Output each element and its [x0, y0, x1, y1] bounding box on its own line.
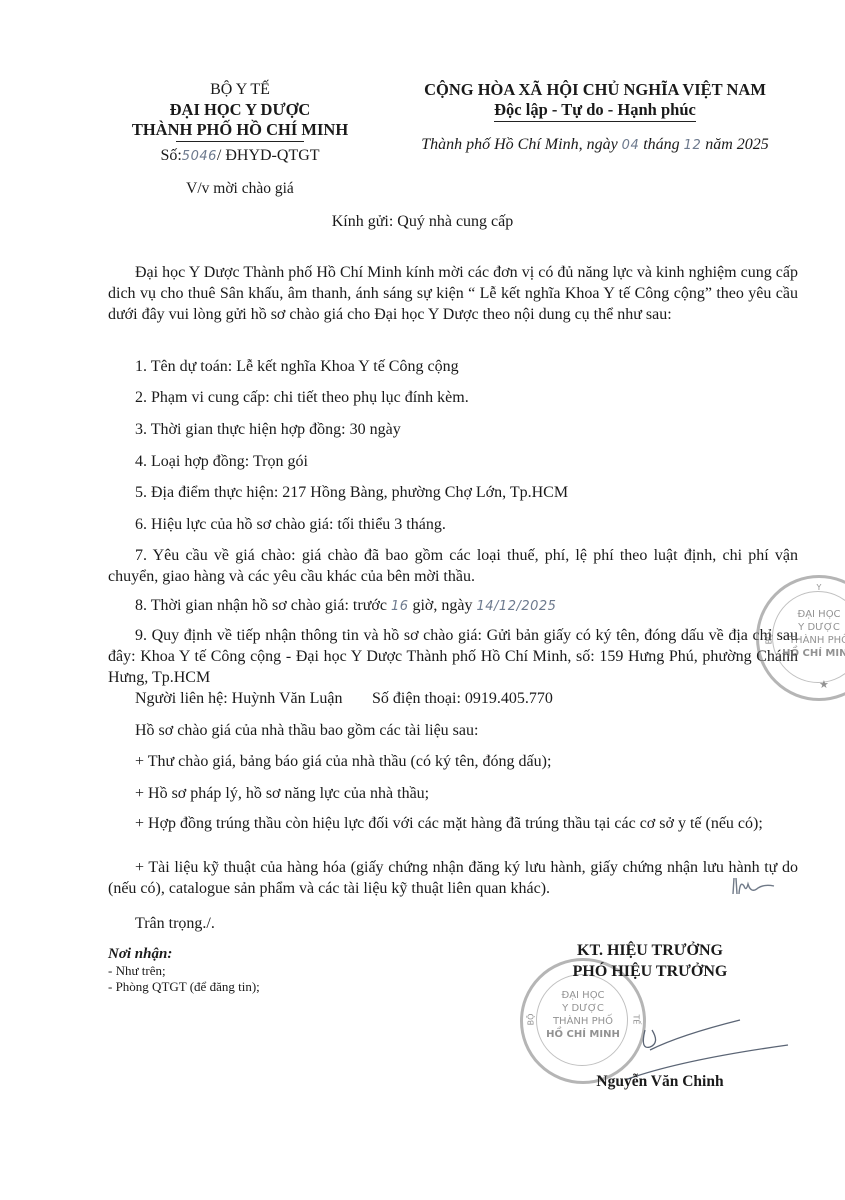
- item-7: 7. Yêu cầu về giá chào: giá chào đã bao …: [108, 545, 798, 587]
- handwritten-date: 14/12/2025: [477, 599, 557, 614]
- doc-item-3: + Hợp đồng trúng thầu còn hiệu lực đối v…: [108, 813, 798, 834]
- handwritten-number: 5046: [182, 149, 217, 164]
- item-2: 2. Phạm vi cung cấp: chi tiết theo phụ l…: [135, 389, 469, 407]
- item-3: 3. Thời gian thực hiện hợp đồng: 30 ngày: [135, 421, 401, 439]
- recipient-item: - Phòng QTGT (để đăng tin);: [108, 979, 260, 995]
- item-8: 8. Thời gian nhận hồ sơ chào giá: trước …: [135, 597, 556, 615]
- header-underline: [176, 141, 304, 142]
- docs-intro: Hồ sơ chào giá của nhà thầu bao gồm các …: [135, 722, 478, 740]
- country-name: CỘNG HÒA XÃ HỘI CHỦ NGHĨA VIỆT NAM: [400, 80, 790, 100]
- doc-item-1: + Thư chào giá, bảng báo giá của nhà thầ…: [135, 753, 551, 771]
- recipients-title: Nơi nhận:: [108, 945, 260, 963]
- doc-item-2: + Hồ sơ pháp lý, hồ sơ năng lực của nhà …: [135, 785, 429, 803]
- national-header: CỘNG HÒA XÃ HỘI CHỦ NGHĨA VIỆT NAM Độc l…: [400, 80, 790, 154]
- initials-mark: [730, 872, 775, 902]
- item-9: 9. Quy định về tiếp nhận thông tin và hồ…: [108, 625, 798, 688]
- star-icon: ★: [819, 678, 829, 691]
- contact-phone: Số điện thoại: 0919.405.770: [372, 690, 553, 708]
- org-name-line1: ĐẠI HỌC Y DƯỢC: [100, 100, 380, 120]
- national-motto: Độc lập - Tự do - Hạnh phúc: [494, 100, 696, 122]
- document-number: Số:5046/ ĐHYD-QTGT: [100, 146, 380, 167]
- item-4: 4. Loại hợp đồng: Trọn gói: [135, 453, 308, 471]
- signer-name: Nguyễn Văn Chinh: [560, 1073, 760, 1091]
- org-name-line2: THÀNH PHỐ HỒ CHÍ MINH: [100, 120, 380, 140]
- doc-item-4: + Tài liệu kỹ thuật của hàng hóa (giấy c…: [108, 857, 798, 899]
- ministry-name: BỘ Y TẾ: [100, 80, 380, 100]
- intro-paragraph: Đại học Y Dược Thành phố Hồ Chí Minh kín…: [108, 262, 798, 325]
- contact-person: Người liên hệ: Huỳnh Văn Luận: [135, 690, 342, 708]
- recipients-block: Nơi nhận: - Như trên; - Phòng QTGT (để đ…: [108, 945, 260, 995]
- issue-date: Thành phố Hồ Chí Minh, ngày 04 tháng 12 …: [400, 136, 790, 154]
- item-6: 6. Hiệu lực của hồ sơ chào giá: tối thiể…: [135, 516, 446, 534]
- item-5: 5. Địa điểm thực hiện: 217 Hồng Bàng, ph…: [135, 484, 568, 502]
- signature-block: KT. HIỆU TRƯỞNG PHÓ HIỆU TRƯỞNG: [530, 940, 770, 982]
- handwritten-hour: 16: [391, 599, 409, 614]
- signature-title-2: PHÓ HIỆU TRƯỞNG: [530, 961, 770, 982]
- document-subject: V/v mời chào giá: [100, 179, 380, 199]
- issuer-header: BỘ Y TẾ ĐẠI HỌC Y DƯỢC THÀNH PHỐ HỒ CHÍ …: [100, 80, 380, 199]
- closing: Trân trọng./.: [135, 915, 215, 933]
- item-1: 1. Tên dự toán: Lễ kết nghĩa Khoa Y tế C…: [135, 358, 459, 376]
- signature-title-1: KT. HIỆU TRƯỞNG: [530, 940, 770, 961]
- recipient-item: - Như trên;: [108, 963, 260, 979]
- greeting: Kính gửi: Quý nhà cung cấp: [0, 213, 845, 231]
